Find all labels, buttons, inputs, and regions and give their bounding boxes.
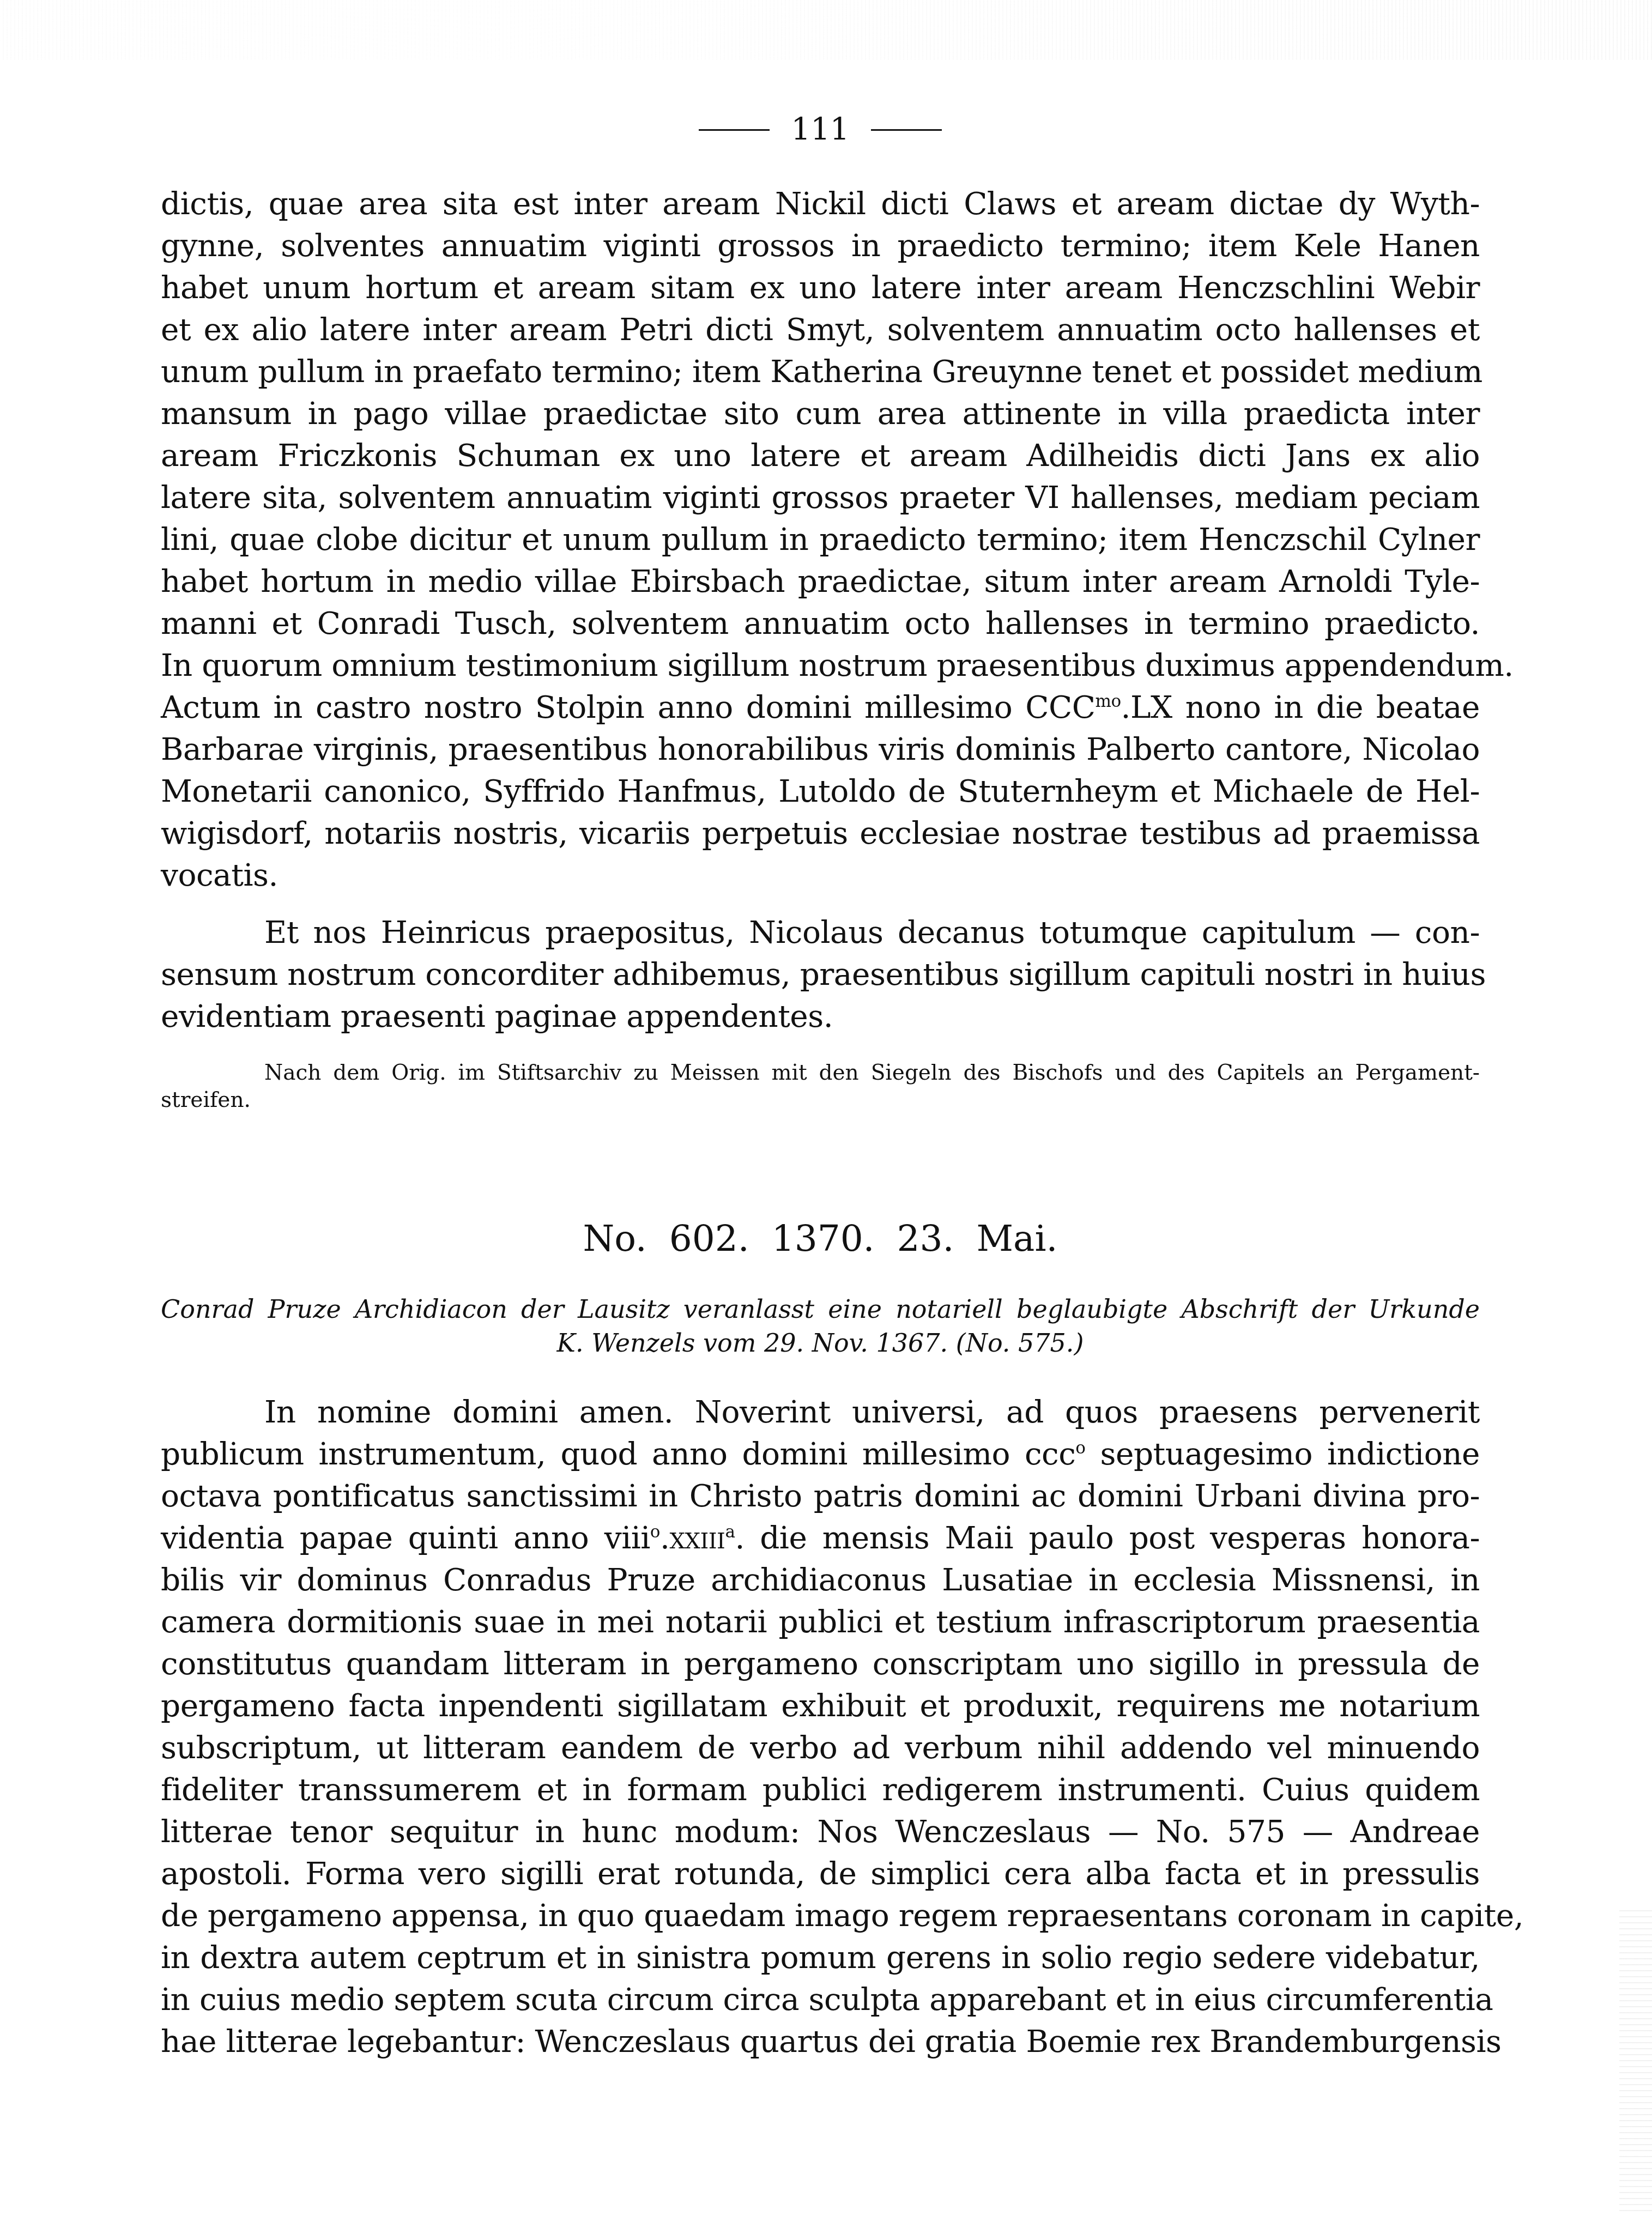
document-summary: Conrad Pruze Archidiacon der Lausitz ver… bbox=[161, 1292, 1480, 1360]
document-heading: No. 602. 1370. 23. Mai. bbox=[161, 1218, 1480, 1260]
text-line: aream Friczkonis Schuman ex uno latere e… bbox=[161, 435, 1480, 477]
superscript: mo bbox=[1095, 692, 1121, 711]
text-line: constitutus quandam litteram in pergamen… bbox=[161, 1643, 1480, 1685]
text-line: Et nos Heinricus praepositus, Nicolaus d… bbox=[161, 912, 1480, 954]
text-line: apostoli. Forma vero sigilli erat rotund… bbox=[161, 1853, 1480, 1895]
text-line: bilis vir dominus Conradus Pruze archidi… bbox=[161, 1559, 1480, 1601]
text-line: fideliter transsumerem et in formam publ… bbox=[161, 1769, 1480, 1811]
text-line-with-superscript: publicum instrumentum, quod anno domini … bbox=[161, 1433, 1480, 1475]
text-line: manni et Conradi Tusch, solventem annuat… bbox=[161, 603, 1480, 645]
text-line: Monetarii canonico, Syffrido Hanfmus, Lu… bbox=[161, 771, 1480, 813]
text-line: pergameno facta inpendenti sigillatam ex… bbox=[161, 1685, 1480, 1727]
text-line: dictis, quae area sita est inter aream N… bbox=[161, 183, 1480, 225]
document-body: In nomine domini amen. Noverint universi… bbox=[161, 1391, 1480, 2063]
text-line: in dextra autem ceptrum et in sinistra p… bbox=[161, 1937, 1480, 1979]
text-line: sensum nostrum concorditer adhibemus, pr… bbox=[161, 954, 1480, 996]
scan-noise-top bbox=[0, 0, 1652, 60]
text-line-with-superscript: videntia papae quinti anno viiio.xxiiia.… bbox=[161, 1517, 1480, 1559]
superscript: a bbox=[725, 1522, 735, 1542]
text-fragment: Actum in castro nostro Stolpin anno domi… bbox=[161, 690, 1095, 725]
summary-line: Conrad Pruze Archidiacon der Lausitz ver… bbox=[161, 1292, 1480, 1326]
text-line: habet hortum in medio villae Ebirsbach p… bbox=[161, 561, 1480, 603]
text-line: wigisdorf, notariis nostris, vicariis pe… bbox=[161, 813, 1480, 855]
text-line: subscriptum, ut litteram eandem de verbo… bbox=[161, 1727, 1480, 1769]
source-footnote: Nach dem Orig. im Stiftsarchiv zu Meisse… bbox=[161, 1059, 1480, 1114]
text-line: in cuius medio septem scuta circum circa… bbox=[161, 1979, 1480, 2021]
text-fragment: .LX nono in die beatae bbox=[1121, 690, 1480, 725]
text-fragment: . die mensis Maii paulo post vesperas ho… bbox=[735, 1521, 1480, 1556]
text-line: vocatis. bbox=[161, 855, 1480, 897]
text-line: de pergameno appensa, in quo quaedam ima… bbox=[161, 1895, 1480, 1937]
text-fragment: videntia papae quinti anno viii bbox=[161, 1521, 650, 1556]
text-line: camera dormitionis suae in mei notarii p… bbox=[161, 1601, 1480, 1643]
text-line: evidentiam praesenti paginae appendentes… bbox=[161, 996, 1480, 1038]
text-line: octava pontificatus sanctissimi in Chris… bbox=[161, 1475, 1480, 1517]
text-line: gynne, solventes annuatim viginti grosso… bbox=[161, 225, 1480, 267]
paragraph-spacer bbox=[161, 897, 1480, 912]
page-number-header: 111 bbox=[161, 114, 1480, 145]
page-number-dash-left bbox=[699, 129, 770, 131]
text-line: In quorum omnium testimonium sigillum no… bbox=[161, 645, 1480, 687]
superscript: o bbox=[650, 1522, 660, 1542]
continuation-paragraph: dictis, quae area sita est inter aream N… bbox=[161, 183, 1480, 897]
text-fragment: septuagesimo indictione bbox=[1086, 1437, 1480, 1472]
document-page: 111 dictis, quae area sita est inter are… bbox=[161, 114, 1480, 2063]
text-line: habet unum hortum et aream sitam ex uno … bbox=[161, 267, 1480, 309]
page-number-dash-right bbox=[871, 129, 942, 131]
text-fragment: publicum instrumentum, quod anno domini … bbox=[161, 1437, 1075, 1472]
page-number: 111 bbox=[791, 114, 850, 145]
footnote-line: streifen. bbox=[161, 1087, 1480, 1114]
text-line: latere sita, solventem annuatim viginti … bbox=[161, 477, 1480, 519]
text-line: lini, quae clobe dicitur et unum pullum … bbox=[161, 519, 1480, 561]
text-line: hae litterae legebantur: Wenczeslaus qua… bbox=[161, 2021, 1480, 2063]
text-line: litterae tenor sequitur in hunc modum: N… bbox=[161, 1811, 1480, 1853]
footnote-line: Nach dem Orig. im Stiftsarchiv zu Meisse… bbox=[161, 1059, 1480, 1087]
text-line: mansum in pago villae praedictae sito cu… bbox=[161, 393, 1480, 435]
text-line: Barbarae virginis, praesentibus honorabi… bbox=[161, 729, 1480, 771]
superscript: o bbox=[1075, 1438, 1085, 1458]
text-line: In nomine domini amen. Noverint universi… bbox=[161, 1391, 1480, 1433]
chapter-confirmation-paragraph: Et nos Heinricus praepositus, Nicolaus d… bbox=[161, 912, 1480, 1038]
text-line-with-superscript: Actum in castro nostro Stolpin anno domi… bbox=[161, 687, 1480, 729]
text-line: et ex alio latere inter aream Petri dict… bbox=[161, 309, 1480, 351]
scan-noise-right-edge bbox=[1619, 1908, 1652, 2216]
text-fragment: .xxiii bbox=[660, 1521, 725, 1556]
summary-line: K. Wenzels vom 29. Nov. 1367. (No. 575.) bbox=[161, 1326, 1480, 1360]
text-line: unum pullum in praefato termino; item Ka… bbox=[161, 351, 1480, 393]
